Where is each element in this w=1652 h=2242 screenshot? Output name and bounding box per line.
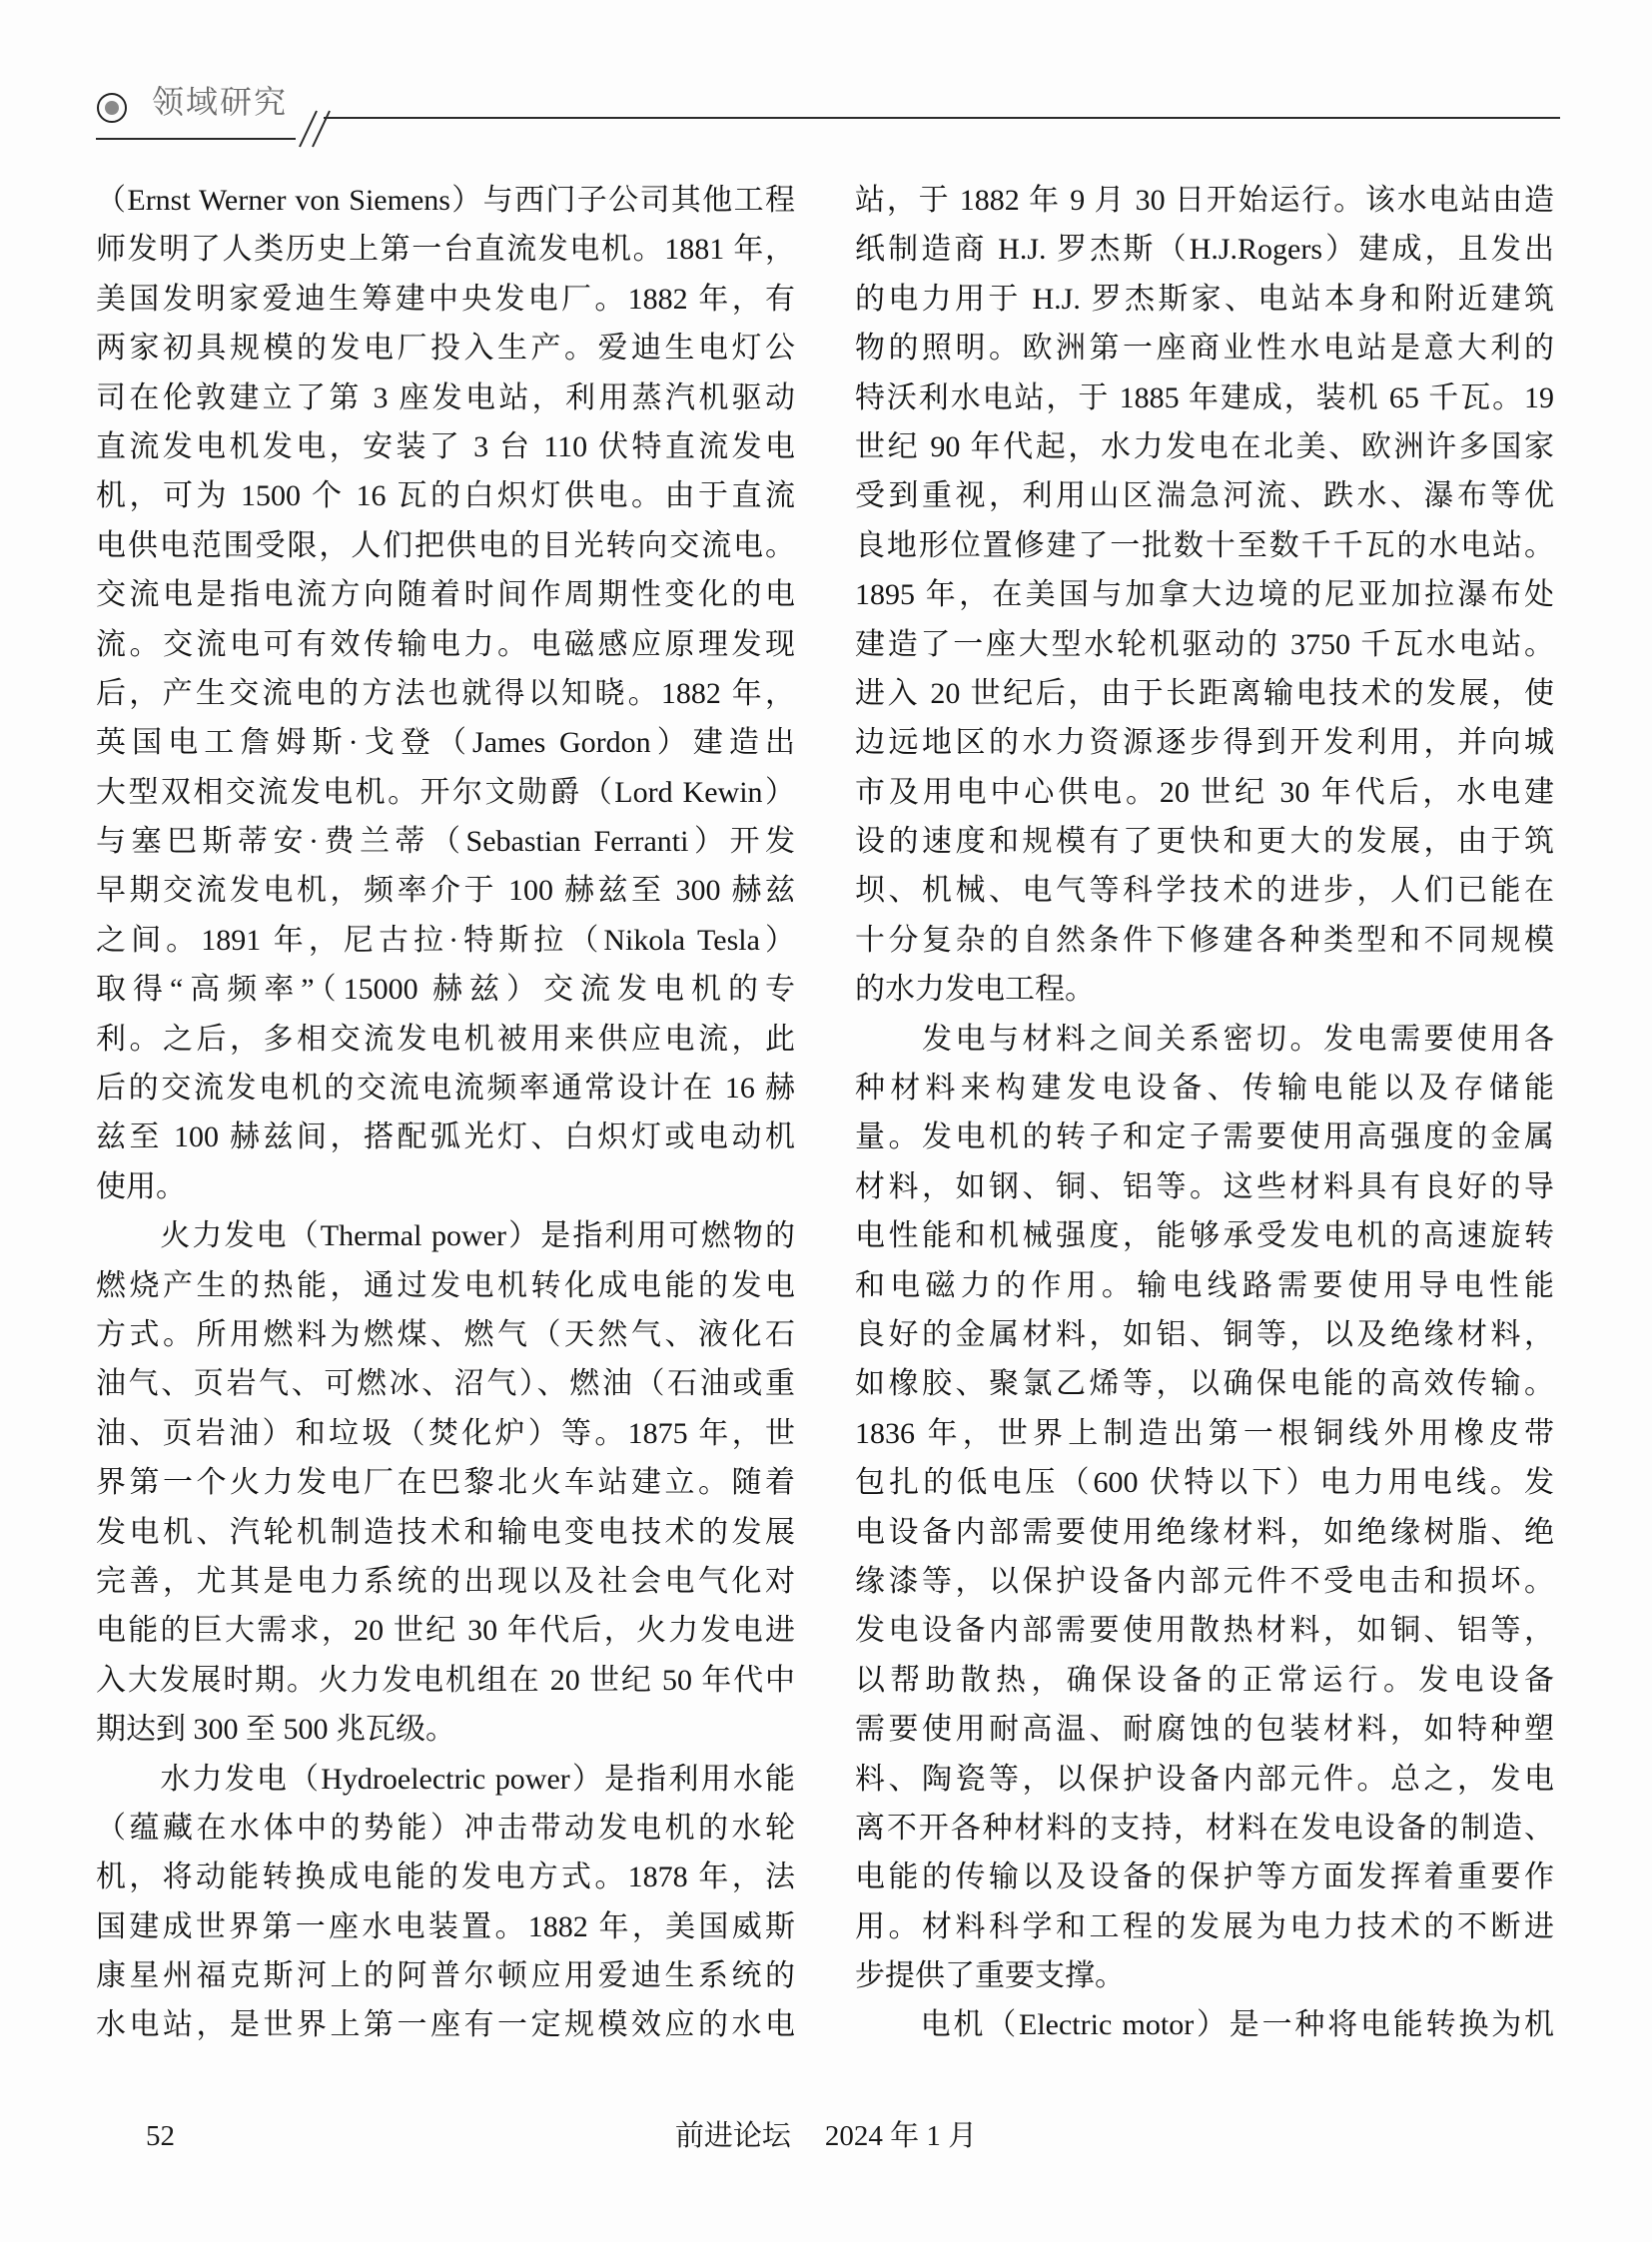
text-line: 1895 年，在美国与加拿大边境的尼亚加拉瀑布处	[855, 570, 1554, 619]
text-line: 兹至 100 赫兹间，搭配弧光灯、白炽灯或电动机	[96, 1113, 795, 1161]
text-line: 包扎的低电压（600 伏特以下）电力用电线。发	[855, 1458, 1554, 1507]
text-line: 坝、机械、电气等科学技术的进步，人们已能在	[855, 866, 1554, 915]
text-line: 方式。所用燃料为燃煤、燃气（天然气、液化石	[96, 1310, 795, 1359]
text-line: 量。发电机的转子和定子需要使用高强度的金属	[855, 1113, 1554, 1161]
text-line: 康星州福克斯河上的阿普尔顿应用爱迪生系统的	[96, 1951, 795, 2000]
document-page: 领域研究 （Ernst Werner von Siemens）与西门子公司其他工…	[0, 0, 1652, 2242]
text-line: 以帮助散热，确保设备的正常运行。发电设备	[855, 1656, 1554, 1705]
text-line: 步提供了重要支撑。	[855, 1951, 1554, 2000]
text-line: 与塞巴斯蒂安·费兰蒂（Sebastian Ferranti）开发	[96, 817, 795, 866]
text-line: 英国电工詹姆斯·戈登（James Gordon）建造出	[96, 718, 795, 767]
text-column-right: 站，于 1882 年 9 月 30 日开始运行。该水电站由造纸制造商 H.J. …	[855, 176, 1554, 2050]
text-line: 电设备内部需要使用绝缘材料，如绝缘树脂、绝	[855, 1508, 1554, 1557]
text-line: 受到重视，利用山区湍急河流、跌水、瀑布等优	[855, 471, 1554, 520]
text-line: 美国发明家爱迪生筹建中央发电厂。1882 年，有	[96, 275, 795, 324]
footer-journal-line: 前进论坛2024 年 1 月	[0, 2119, 1652, 2153]
text-line: 油气、页岩气、可燃冰、沼气）、燃油（石油或重	[96, 1359, 795, 1408]
text-line: 世纪 90 年代起，水力发电在北美、欧洲许多国家	[855, 422, 1554, 471]
text-line: 机，将动能转换成电能的发电方式。1878 年，法	[96, 1853, 795, 1901]
text-line: 站，于 1882 年 9 月 30 日开始运行。该水电站由造	[855, 176, 1554, 225]
text-line: 发电设备内部需要使用散热材料，如铜、铝等，	[855, 1606, 1554, 1655]
text-line: 师发明了人类历史上第一台直流发电机。1881 年，	[96, 225, 795, 274]
text-line: 良好的金属材料，如铝、铜等，以及绝缘材料，	[855, 1310, 1554, 1359]
text-line: 利。之后，多相交流发电机被用来供应电流，此	[96, 1015, 795, 1064]
text-line: 进入 20 世纪后，由于长距离输电技术的发展，使	[855, 669, 1554, 718]
text-line: 设的速度和规模有了更快和更大的发展，由于筑	[855, 817, 1554, 866]
text-line: 良地形位置修建了一批数十至数千千瓦的水电站。	[855, 521, 1554, 570]
text-line: 后的交流发电机的交流电流频率通常设计在 16 赫	[96, 1064, 795, 1113]
text-line: 1836 年，世界上制造出第一根铜线外用橡皮带	[855, 1409, 1554, 1458]
text-line: 如橡胶、聚氯乙烯等，以确保电能的高效传输。	[855, 1359, 1554, 1408]
text-line: 用。材料科学和工程的发展为电力技术的不断进	[855, 1902, 1554, 1951]
text-line: 使用。	[96, 1162, 795, 1211]
text-line: 和电磁力的作用。输电线路需要使用导电性能	[855, 1261, 1554, 1310]
text-line: 发电机、汽轮机制造技术和输电变电技术的发展	[96, 1508, 795, 1557]
text-line: 纸制造商 H.J. 罗杰斯（H.J.Rogers）建成，且发出	[855, 225, 1554, 274]
text-line: 种材料来构建发电设备、传输电能以及存储能	[855, 1064, 1554, 1113]
text-line: 界第一个火力发电厂在巴黎北火车站建立。随着	[96, 1458, 795, 1507]
text-line: 电性能和机械强度，能够承受发电机的高速旋转	[855, 1211, 1554, 1260]
text-line: 十分复杂的自然条件下修建各种类型和不同规模	[855, 916, 1554, 965]
text-line: 交流电是指电流方向随着时间作周期性变化的电	[96, 570, 795, 619]
text-line: 水电站，是世界上第一座有一定规模效应的水电	[96, 2000, 795, 2049]
text-line: 特沃利水电站，于 1885 年建成，装机 65 千瓦。19	[855, 374, 1554, 422]
text-line: 两家初具规模的发电厂投入生产。爱迪生电灯公	[96, 324, 795, 373]
text-line: 市及用电中心供电。20 世纪 30 年代后，水电建	[855, 768, 1554, 817]
text-line: 之间。1891 年，尼古拉·特斯拉（Nikola Tesla）	[96, 916, 795, 965]
text-line: 电供电范围受限，人们把供电的目光转向交流电。	[96, 521, 795, 570]
text-line: 大型双相交流发电机。开尔文勋爵（Lord Kewin）	[96, 768, 795, 817]
text-line: 建造了一座大型水轮机驱动的 3750 千瓦水电站。	[855, 620, 1554, 669]
text-line: 入大发展时期。火力发电机组在 20 世纪 50 年代中	[96, 1656, 795, 1705]
text-line: 电能的传输以及设备的保护等方面发挥着重要作	[855, 1853, 1554, 1901]
text-line: 发电与材料之间关系密切。发电需要使用各	[855, 1015, 1554, 1064]
text-line: 火力发电（Thermal power）是指利用可燃物的	[96, 1211, 795, 1260]
journal-name: 前进论坛	[675, 2120, 791, 2152]
text-line: 期达到 300 至 500 兆瓦级。	[96, 1705, 795, 1754]
text-line: （蕴藏在水体中的势能）冲击带动发电机的水轮	[96, 1804, 795, 1853]
text-line: 直流发电机发电，安装了 3 台 110 伏特直流发电	[96, 422, 795, 471]
text-line: 缘漆等，以保护设备内部元件不受电击和损坏。	[855, 1557, 1554, 1606]
text-line: 流。交流电可有效传输电力。电磁感应原理发现	[96, 620, 795, 669]
text-line: （Ernst Werner von Siemens）与西门子公司其他工程	[96, 176, 795, 225]
text-line: 司在伦敦建立了第 3 座发电站，利用蒸汽机驱动	[96, 374, 795, 422]
text-column-left: （Ernst Werner von Siemens）与西门子公司其他工程师发明了…	[96, 176, 795, 2050]
text-line: 完善，尤其是电力系统的出现以及社会电气化对	[96, 1557, 795, 1606]
text-line: 材料，如钢、铜、铝等。这些材料具有良好的导	[855, 1162, 1554, 1211]
journal-issue: 2024 年 1 月	[825, 2120, 977, 2152]
text-line: 后，产生交流电的方法也就得以知晓。1882 年，	[96, 669, 795, 718]
text-line: 料、陶瓷等，以保护设备内部元件。总之，发电	[855, 1755, 1554, 1804]
text-line: 需要使用耐高温、耐腐蚀的包装材料，如特种塑	[855, 1705, 1554, 1754]
text-line: 早期交流发电机，频率介于 100 赫兹至 300 赫兹	[96, 866, 795, 915]
text-line: 电机（Electric motor）是一种将电能转换为机	[855, 2000, 1554, 2049]
text-line: 水力发电（Hydroelectric power）是指利用水能	[96, 1755, 795, 1804]
text-line: 国建成世界第一座水电装置。1882 年，美国威斯	[96, 1902, 795, 1951]
text-line: 燃烧产生的热能，通过发电机转化成电能的发电	[96, 1261, 795, 1310]
text-line: 边远地区的水力资源逐步得到开发利用，并向城	[855, 718, 1554, 767]
text-line: 机，可为 1500 个 16 瓦的白炽灯供电。由于直流	[96, 471, 795, 520]
text-line: 的水力发电工程。	[855, 965, 1554, 1014]
header-rule-decoration	[0, 0, 1652, 170]
text-line: 离不开各种材料的支持，材料在发电设备的制造、	[855, 1804, 1554, 1853]
text-line: 电能的巨大需求，20 世纪 30 年代后，火力发电进	[96, 1606, 795, 1655]
text-line: 物的照明。欧洲第一座商业性水电站是意大利的	[855, 324, 1554, 373]
text-line: 油、页岩油）和垃圾（焚化炉）等。1875 年，世	[96, 1409, 795, 1458]
text-line: 取得“高频率”（15000 赫兹）交流发电机的专	[96, 965, 795, 1014]
text-line: 的电力用于 H.J. 罗杰斯家、电站本身和附近建筑	[855, 275, 1554, 324]
